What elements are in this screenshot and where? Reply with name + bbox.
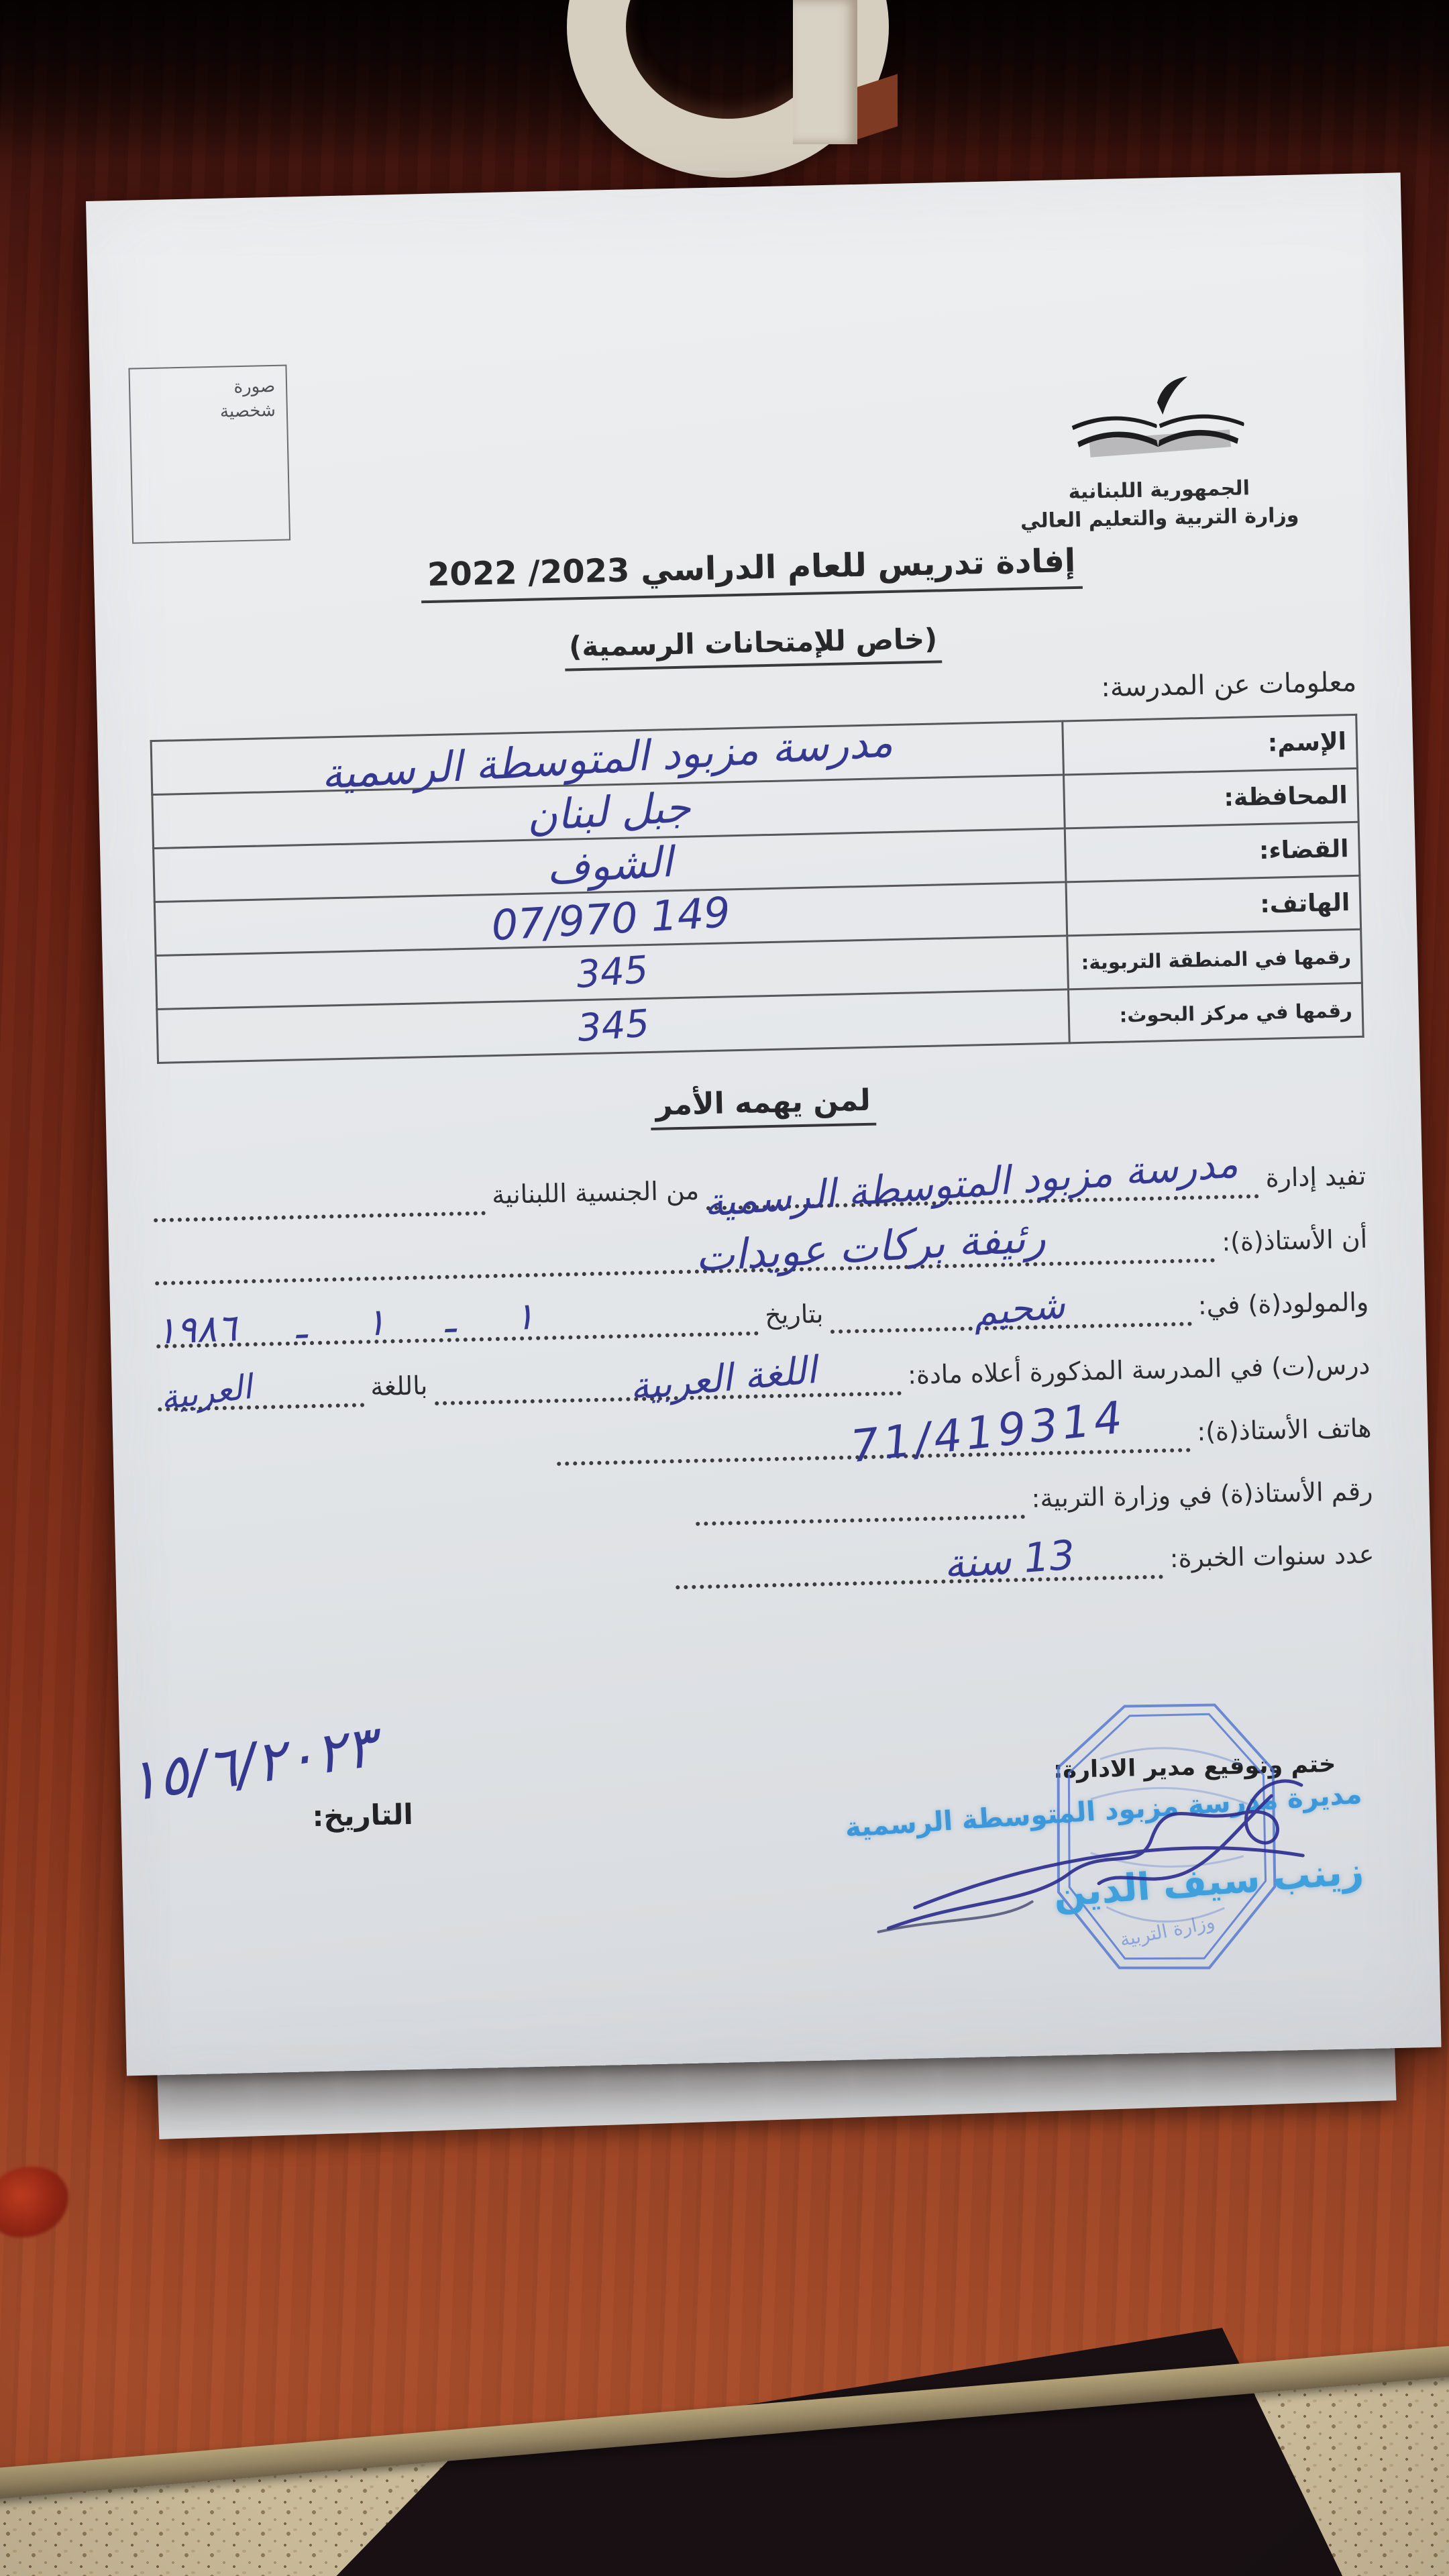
to-whom-heading: لمن يهمه الأمر (650, 1083, 877, 1130)
document-subtitle: (خاص للإمتحانات الرسمية) (565, 622, 942, 671)
line7-label: عدد سنوات الخبرة: (1169, 1540, 1375, 1579)
line2-label: أن الأستاذ(ة): (1222, 1224, 1368, 1263)
dotted-field-language: العربية (157, 1356, 364, 1411)
line4-mid: باللغة (370, 1371, 428, 1407)
dotted-field-ministry-number (695, 1468, 1025, 1526)
row-label: رقمها في مركز البحوث: (1068, 983, 1363, 1043)
row-label: المحافظة: (1063, 768, 1358, 828)
row-label: الهاتف: (1066, 875, 1361, 936)
line1-prefix: تفيد إدارة (1265, 1161, 1366, 1198)
date-label: التاريخ: (312, 1798, 413, 1833)
to-whom-heading-row: لمن يهمه الأمر (105, 1071, 1421, 1142)
line5-label: هاتف الأستاذ(ة): (1197, 1413, 1372, 1452)
title-text: إفادة تدريس للعام الدراسي (641, 542, 1076, 589)
hw-birthplace: شحيم (971, 1283, 1067, 1335)
personal-photo-label: صورة شخصية (195, 374, 276, 425)
document-title: إفادة تدريس للعام الدراسي 2022 /2023 (420, 542, 1083, 604)
row-label: الإسم: (1063, 714, 1358, 775)
dotted-field-empty (153, 1164, 486, 1222)
personal-photo-box: صورة شخصية (128, 365, 290, 544)
school-info-table: الإسم: مدرسة مزبود المتوسطة الرسمية المح… (150, 714, 1364, 1064)
tape-ring-stem (793, 0, 857, 144)
red-stain (0, 2167, 68, 2237)
dotted-field-birthplace: شحيم (829, 1275, 1191, 1334)
line3-label: والمولود(ة) في: (1197, 1287, 1369, 1326)
document-title-row: إفادة تدريس للعام الدراسي 2022 /2023 (94, 535, 1409, 610)
hw-experience-years: 13 سنة (943, 1532, 1077, 1588)
certificate-body: تفيد إدارة مدرسة مزبود المتوسطة الرسمية … (146, 1133, 1375, 1601)
ministry-logo: الجمهورية اللبنانية وزارة التربية والتعل… (969, 372, 1348, 537)
title-years: 2022 /2023 (427, 551, 630, 594)
school-info-heading: معلومات عن المدرسة: (1101, 667, 1357, 703)
director-signature (861, 1754, 1335, 1945)
open-book-logo-icon (1056, 374, 1259, 479)
desk-photo: صورة شخصية الجمهورية اللبنانية وزارة الت… (0, 0, 1449, 2576)
row-label: رقمها في المنطقة التربوية: (1067, 929, 1362, 989)
line7-spacer (156, 1590, 669, 1601)
dotted-field-experience: 13 سنة (675, 1527, 1164, 1589)
document-paper: صورة شخصية الجمهورية اللبنانية وزارة الت… (86, 172, 1442, 2076)
line3-mid: بتاريخ (765, 1299, 824, 1335)
line1-suffix: من الجنسية اللبنانية (492, 1175, 700, 1215)
row-label: القضاء: (1065, 822, 1360, 882)
